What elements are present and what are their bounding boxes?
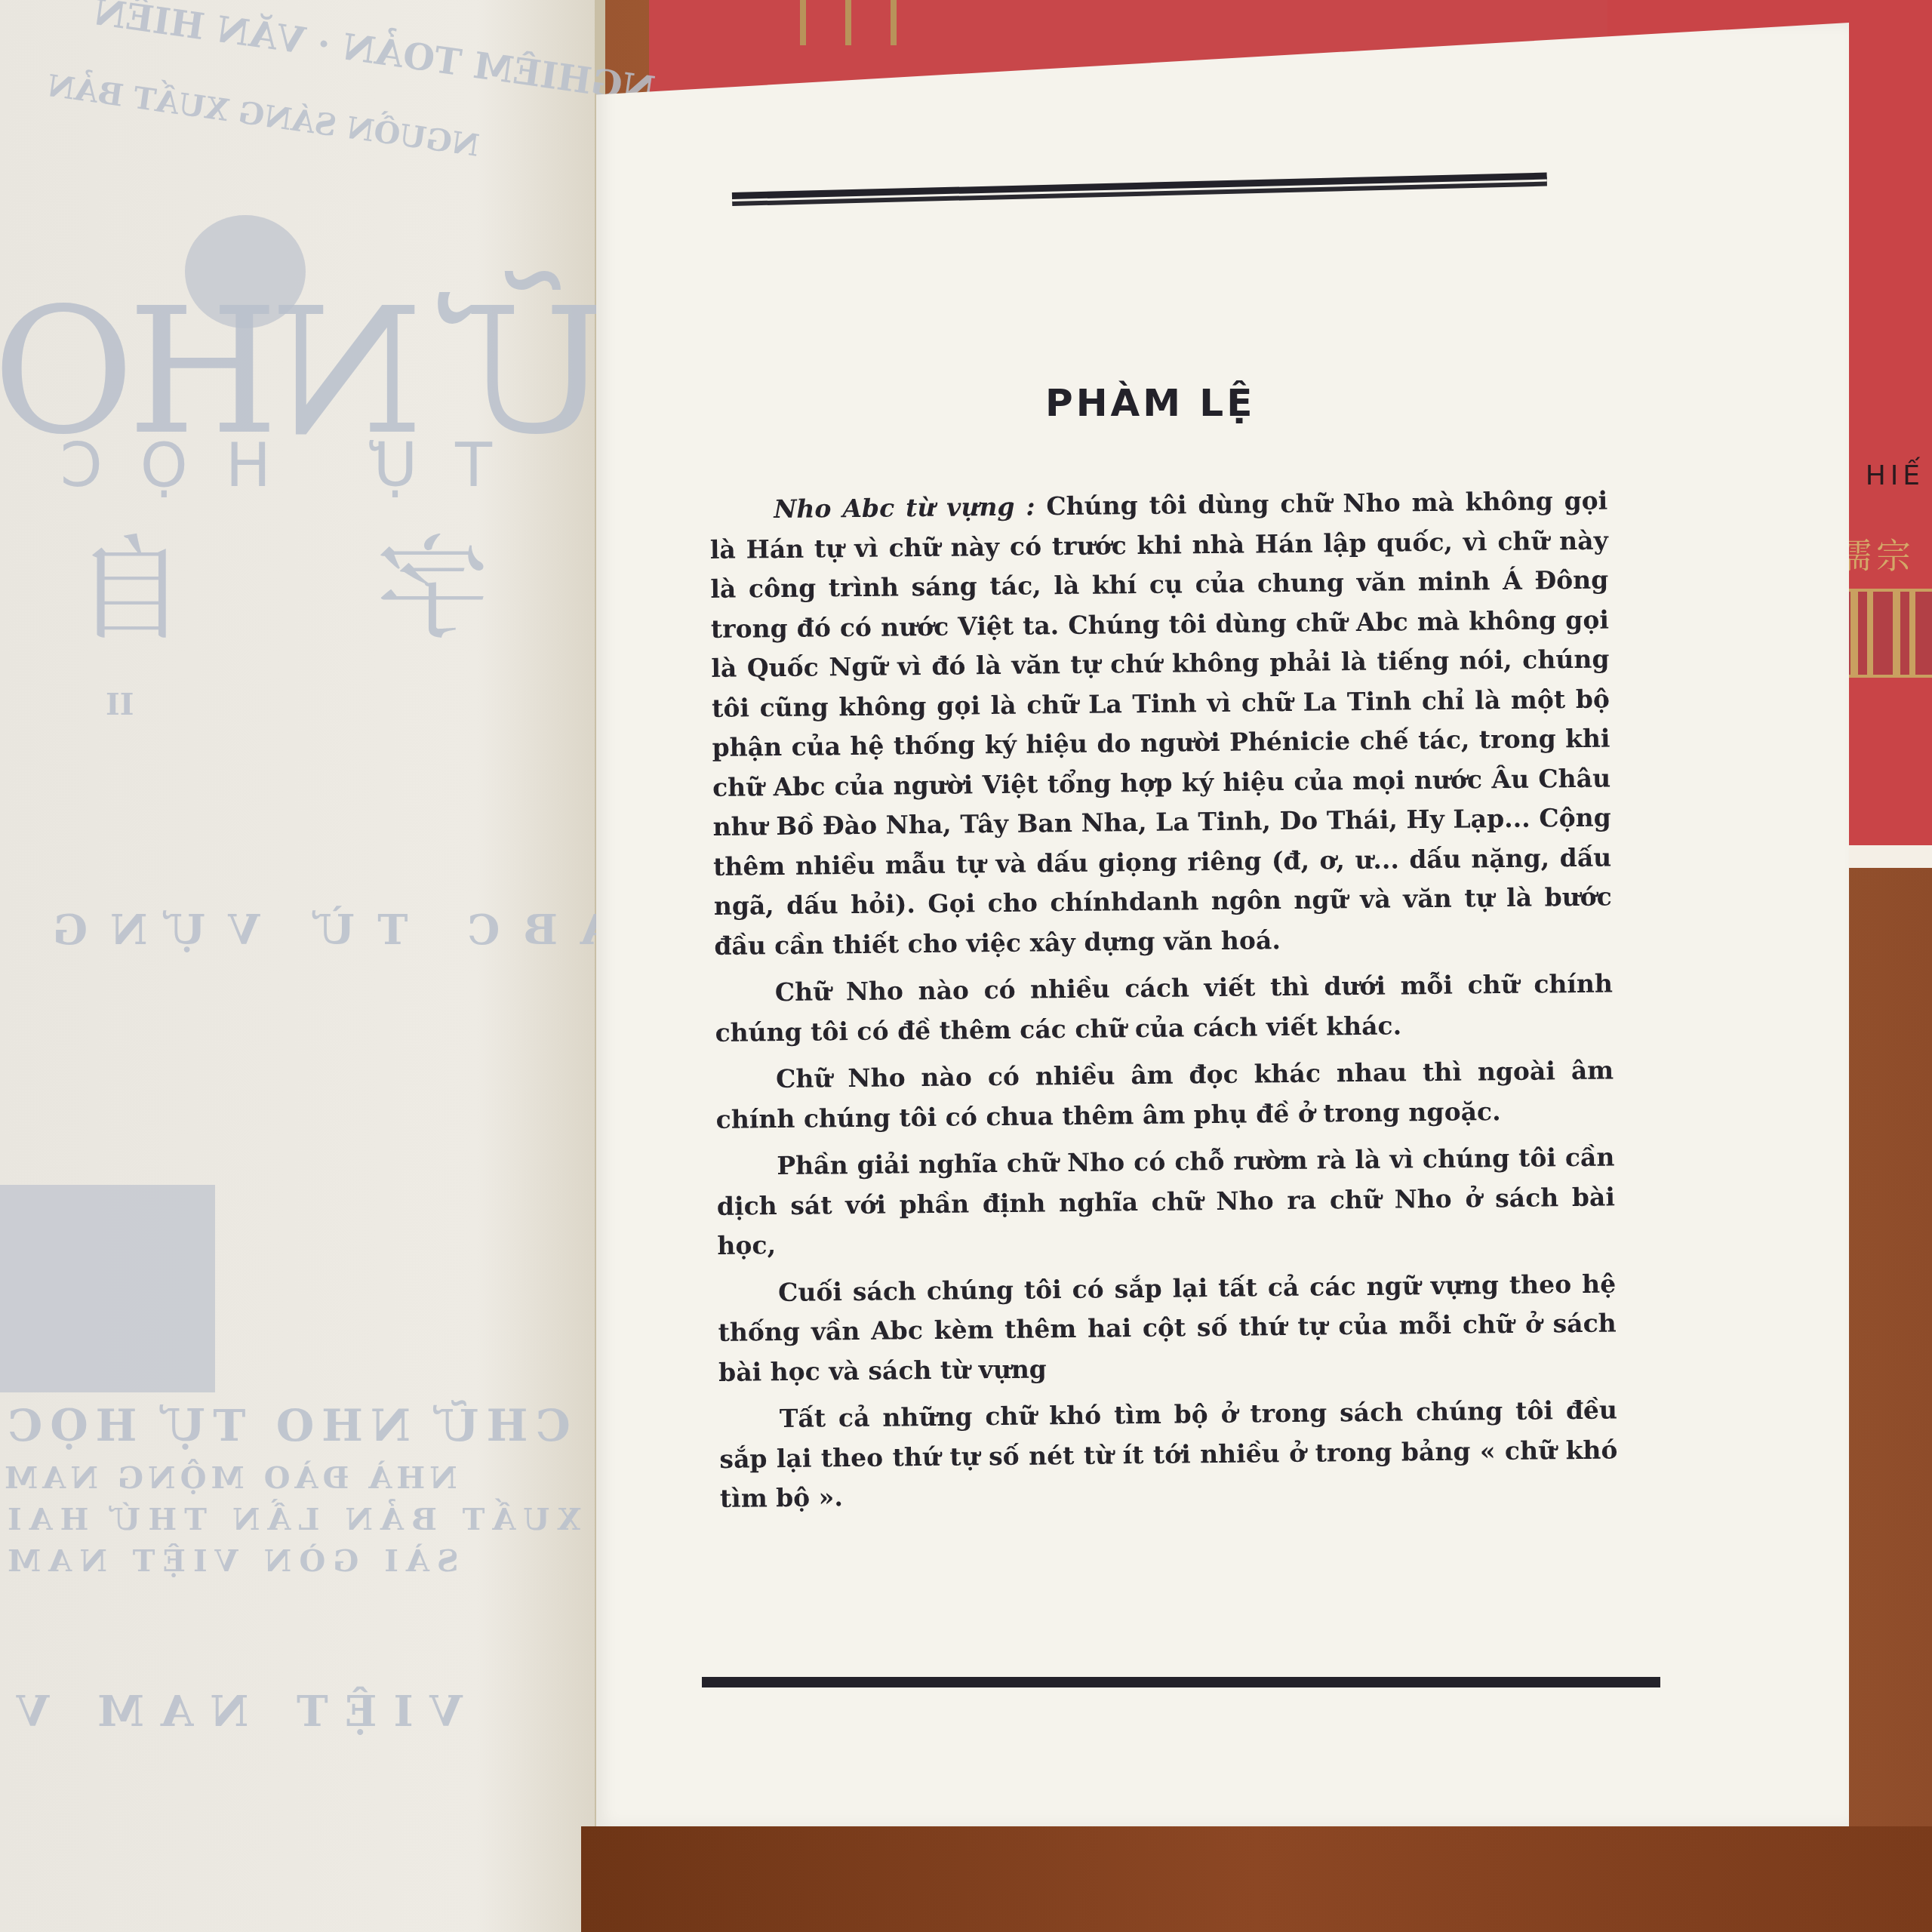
paragraph-lead: Nho Abc từ vựng : — [774, 491, 1035, 524]
show-through-image — [0, 1185, 215, 1392]
paragraph-2: Chữ Nho nào có nhiều cách viết thì dưới … — [715, 964, 1614, 1053]
book-spine-edge — [800, 0, 806, 45]
show-through-text: CHỮ NHO TỰ HỌC — [0, 1400, 571, 1451]
show-through-text: VIỆT NAM V — [0, 1687, 463, 1737]
page-title: PHÀM LỆ — [1045, 381, 1255, 425]
show-through-text: NGUỒN SÁNG XUẤT BẢN — [45, 68, 481, 164]
paragraph-6: Tất cả những chữ khó tìm bộ ở trong sách… — [719, 1390, 1619, 1518]
show-through-text: NHÀ ĐÀO MỘNG NAM — [0, 1460, 457, 1496]
bottom-decorative-rule — [702, 1677, 1660, 1687]
show-through-text: II — [106, 687, 134, 722]
page-body: Nho Abc từ vựng : Chúng tôi dùng chữ Nho… — [709, 481, 1618, 1527]
paragraph-4: Phần giải nghĩa chữ Nho có chỗ rườm rà l… — [716, 1137, 1616, 1266]
paragraph-5: Cuối sách chúng tôi có sắp lại tất cả cá… — [718, 1264, 1617, 1392]
show-through-text: TỰ HỌC — [23, 430, 492, 500]
book-spine-edge — [891, 0, 897, 45]
show-through-text: SÀI GÒN VIỆT NAM — [0, 1543, 459, 1579]
left-page: NGHIÊM TOẢN · VĂN HIẾN NGUỒN SÁNG XUẤT B… — [0, 0, 596, 1932]
paragraph-text: Chúng tôi dùng chữ Nho mà không gọi là H… — [710, 486, 1612, 961]
book-spine-edge — [845, 0, 851, 45]
paragraph-3: Chữ Nho nào có nhiều âm đọc khác nhau th… — [715, 1051, 1614, 1139]
paragraph-1: Nho Abc từ vựng : Chúng tôi dùng chữ Nho… — [709, 481, 1613, 966]
wooden-table-edge — [581, 1826, 1932, 1932]
show-through-text: XUẤT BẢN LẦN THỨ HAI — [0, 1502, 581, 1537]
